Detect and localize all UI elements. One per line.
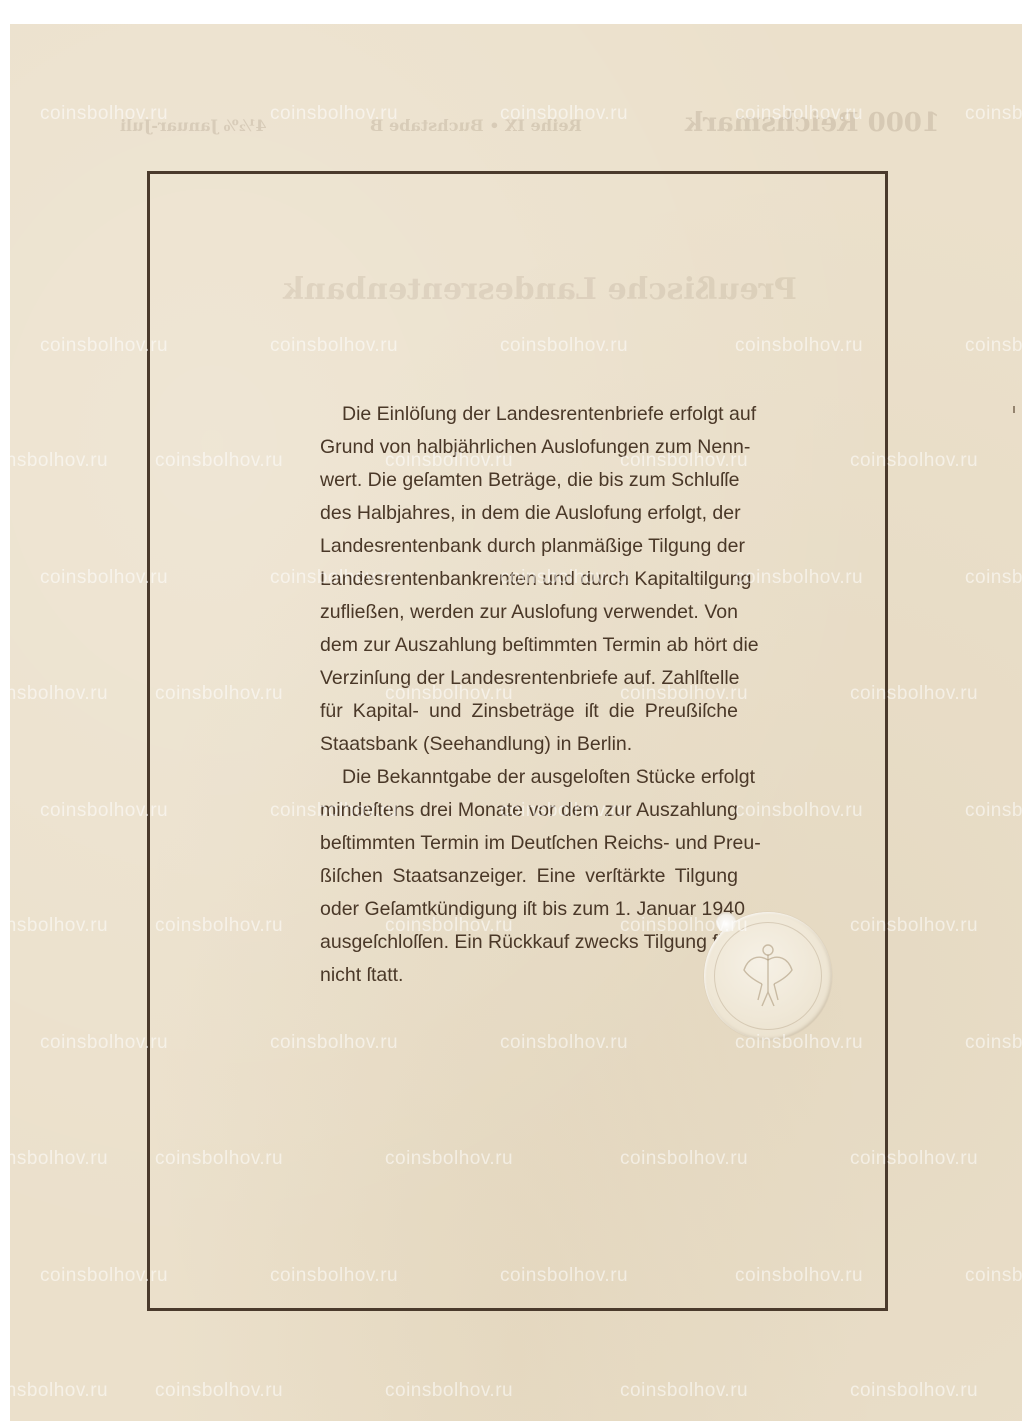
paper-speck [1013,406,1015,413]
text-line: Verzinſung der Landesrentenbriefe auf. Z… [298,662,738,695]
text-line: beſtimmten Termin im Deutſchen Reichs- u… [298,827,738,860]
show-through-series: Reihe IX • Buchstabe B [370,116,582,135]
paragraph-announcement: Die Bekanntgabe der ausgeloſten Stücke e… [298,761,738,992]
punch-hole [716,912,736,932]
text-line: des Halbjahres, in dem die Auslofung erf… [298,497,738,530]
text-line: Die Bekanntgabe der ausgeloſten Stücke e… [298,761,738,794]
text-line: dem zur Auszahlung beſtimmten Termin ab … [298,629,738,662]
text-line: nicht ſtatt. [298,959,738,992]
show-through-denomination: 1000 Reichsmark [685,108,940,138]
embossed-seal [704,912,832,1040]
terms-text: Die Einlöſung der Landesrentenbriefe erf… [298,398,738,992]
text-line: oder Geſamtkündigung iſt bis zum 1. Janu… [298,893,738,926]
text-line: Die Einlöſung der Landesrentenbriefe erf… [298,398,738,431]
text-line: Landesrentenbankrenten und durch Kapital… [298,563,738,596]
text-line: zufließen, werden zur Auslofung verwende… [298,596,738,629]
text-line: Grund von halbjährlichen Auslofungen zum… [298,431,738,464]
text-line: ausgeſchloſſen. Ein Rückkauf zwecks Tilg… [298,926,738,959]
text-line: mindeſtens drei Monate vor dem zur Ausza… [298,794,738,827]
text-line: Landesrentenbank durch planmäßige Tilgun… [298,530,738,563]
show-through-header: 1000 Reichsmark Reihe IX • Buchstabe B 4… [120,108,940,138]
eagle-emblem-icon [740,940,796,1012]
paragraph-redemption: Die Einlöſung der Landesrentenbriefe erf… [298,398,738,761]
text-line: wert. Die geſamten Beträge, die bis zum … [298,464,738,497]
text-line: ßiſchen Staatsanzeiger. Eine verſtärkte … [298,860,738,893]
show-through-coupon: 4½% Januar-Juli [120,116,267,135]
text-line: für Kapital- und Zinsbeträge iſt die Pre… [298,695,738,728]
text-line: Staatsbank (Seehandlung) in Berlin. [298,728,738,761]
